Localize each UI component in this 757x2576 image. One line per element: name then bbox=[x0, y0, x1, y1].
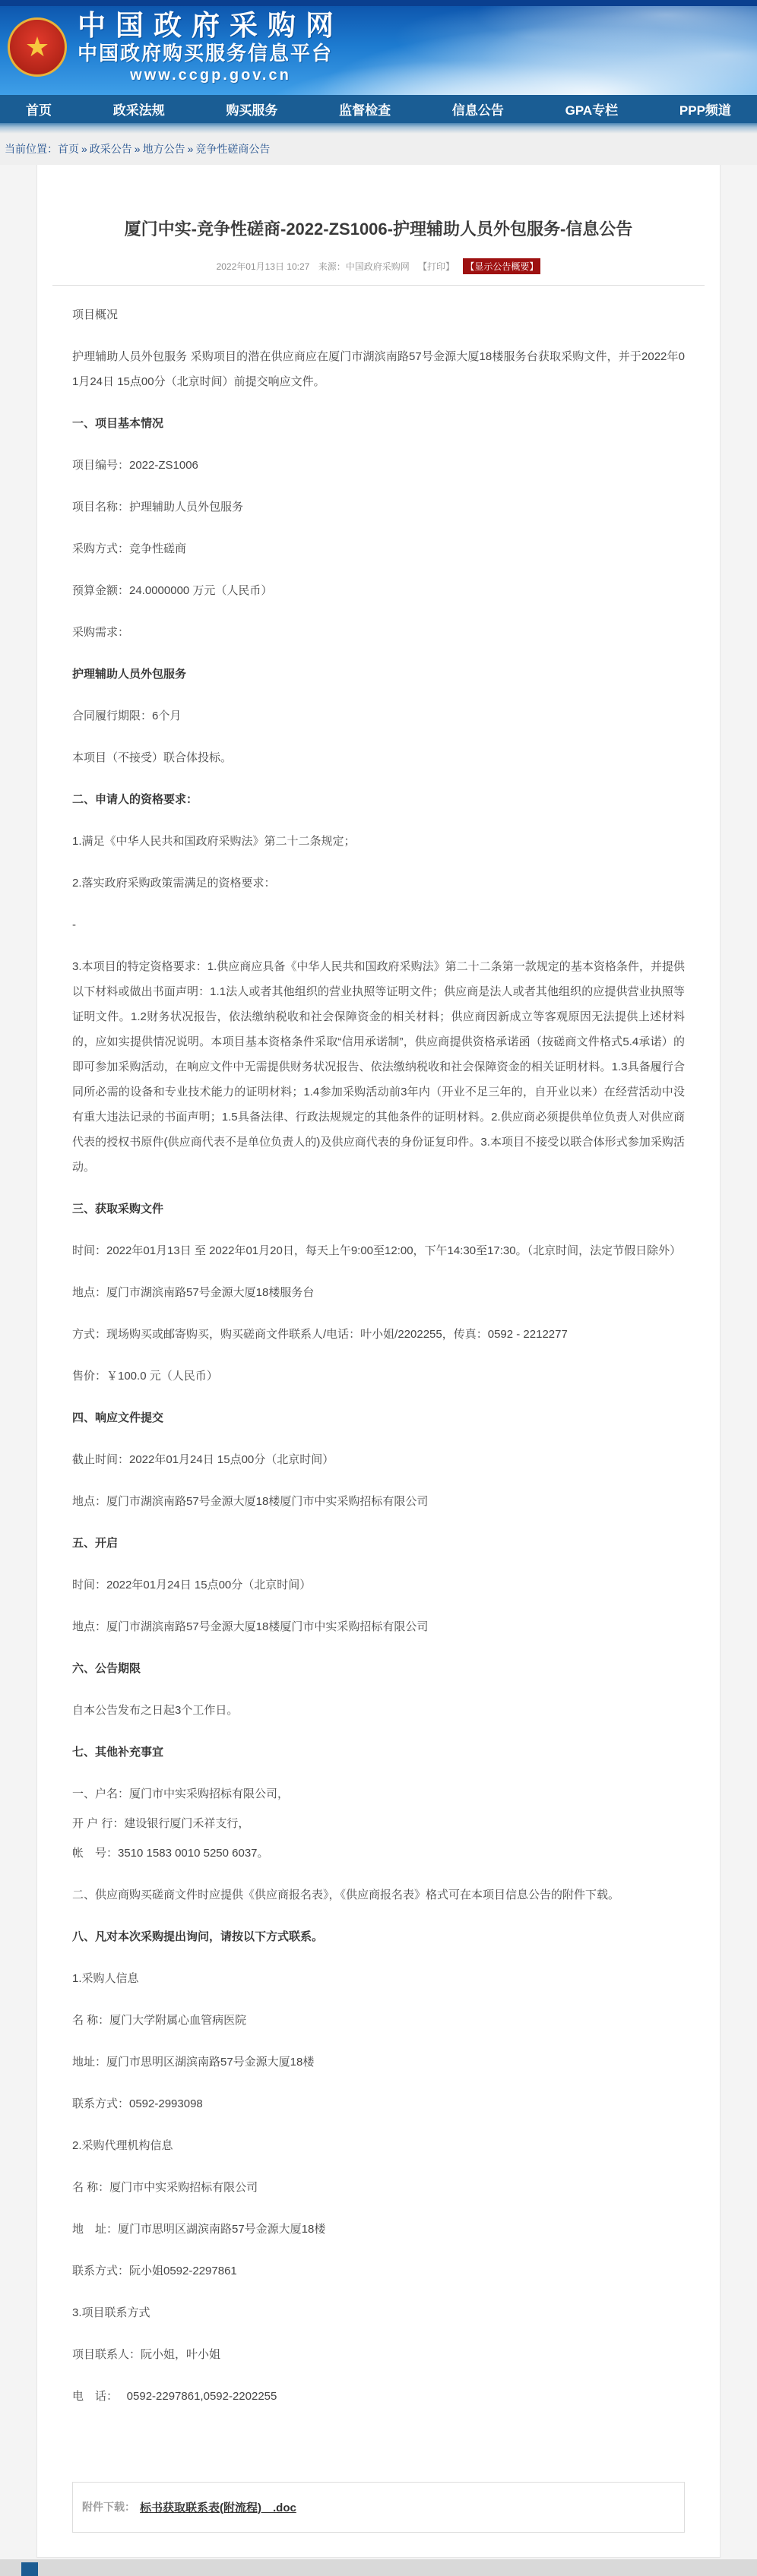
breadcrumb: 当前位置：首页»政采公告»地方公告»竞争性磋商公告 bbox=[0, 135, 757, 165]
paragraph: 护理辅助人员外包服务 采购项目的潜在供应商应在厦门市湖滨南路57号金源大厦18楼… bbox=[72, 344, 685, 394]
paragraph: 地 址：厦门市思明区湖滨南路57号金源大厦18楼 bbox=[72, 2217, 685, 2242]
paragraph: 预算金额：24.0000000 万元（人民币） bbox=[72, 578, 685, 603]
nav-link-首页[interactable]: 首页 bbox=[26, 103, 52, 118]
site-header: ★ 中国政府采购网 中国政府购买服务信息平台 www.ccgp.gov.cn 首… bbox=[0, 0, 757, 135]
section-heading: 八、凡对本次采购提出询问，请按以下方式联系。 bbox=[72, 1924, 685, 1949]
paragraph: 2.落实政府采购政策需满足的资格要求： bbox=[72, 871, 685, 896]
site-url: www.ccgp.gov.cn bbox=[78, 67, 344, 84]
paragraph: 电 话： 0592-2297861,0592-2202255 bbox=[72, 2384, 685, 2409]
paragraph: 帐 号：3510 1583 0010 5250 6037。 bbox=[72, 1841, 685, 1866]
section-heading: 七、其他补充事宜 bbox=[72, 1740, 685, 1765]
publish-datetime: 2022年01月13日 10:27 bbox=[217, 261, 310, 272]
paragraph: 联系方式：阮小姐0592-2297861 bbox=[72, 2258, 685, 2284]
section-heading: 五、开启 bbox=[72, 1531, 685, 1556]
paragraph: 二、供应商购买磋商文件时应提供《供应商报名表》，《供应商报名表》格式可在本项目信… bbox=[72, 1882, 685, 1908]
site-brand: ★ 中国政府采购网 中国政府购买服务信息平台 www.ccgp.gov.cn bbox=[0, 6, 757, 84]
paragraph: 本项目（不接受）联合体投标。 bbox=[72, 745, 685, 770]
paragraph: 名 称：厦门市中实采购招标有限公司 bbox=[72, 2175, 685, 2200]
paragraph: 时间：2022年01月13日 至 2022年01月20日，每天上午9:00至12… bbox=[72, 1238, 685, 1263]
nav-item: 信息公告 bbox=[452, 100, 504, 119]
page-title: 厦门中实-竞争性磋商-2022-ZS1006-护理辅助人员外包服务-信息公告 bbox=[37, 165, 720, 242]
nav-item: 首页 bbox=[26, 100, 52, 119]
attachment-link[interactable]: 标书获取联系表(附流程) .doc bbox=[140, 2499, 296, 2515]
section-heading: 二、申请人的资格要求： bbox=[72, 787, 685, 812]
paragraph: 一、户名：厦门市中实采购招标有限公司， bbox=[72, 1781, 685, 1806]
attachment-label: 附件下载： bbox=[82, 2499, 135, 2514]
breadcrumb-link[interactable]: 政采公告 bbox=[90, 143, 132, 155]
paragraph: 项目编号：2022-ZS1006 bbox=[72, 453, 685, 478]
paragraph: 截止时间：2022年01月24日 15点00分（北京时间） bbox=[72, 1447, 685, 1472]
brand-text: 中国政府采购网 中国政府购买服务信息平台 www.ccgp.gov.cn bbox=[78, 11, 344, 84]
breadcrumb-separator: » bbox=[135, 143, 141, 155]
paragraph: 时间：2022年01月24日 15点00分（北京时间） bbox=[72, 1572, 685, 1598]
paragraph: 开 户 行：建设银行厦门禾祥支行， bbox=[72, 1811, 685, 1836]
paragraph: 售价：￥100.0 元（人民币） bbox=[72, 1364, 685, 1389]
paragraph: 2.采购代理机构信息 bbox=[72, 2133, 685, 2158]
article-body: 项目概况护理辅助人员外包服务 采购项目的潜在供应商应在厦门市湖滨南路57号金源大… bbox=[37, 302, 720, 2409]
nav-link-监督检查[interactable]: 监督检查 bbox=[339, 103, 391, 118]
site-title: 中国政府采购网 bbox=[78, 11, 344, 42]
breadcrumb-link[interactable]: 首页 bbox=[58, 143, 79, 155]
nav-item: 购买服务 bbox=[226, 100, 277, 119]
attachment-box: 附件下载： 标书获取联系表(附流程) .doc bbox=[72, 2482, 685, 2533]
paragraph: 地址：厦门市思明区湖滨南路57号金源大厦18楼 bbox=[72, 2050, 685, 2075]
paragraph: 联系方式：0592-2993098 bbox=[72, 2091, 685, 2116]
announcement-content: 厦门中实-竞争性磋商-2022-ZS1006-护理辅助人员外包服务-信息公告 2… bbox=[36, 165, 721, 2558]
section-heading: 四、响应文件提交 bbox=[72, 1405, 685, 1430]
site-banner: ★ 中国政府采购网 中国政府购买服务信息平台 www.ccgp.gov.cn bbox=[0, 6, 757, 95]
breadcrumb-prefix: 当前位置： bbox=[5, 143, 58, 155]
paragraph: 采购需求： bbox=[72, 620, 685, 645]
section-heading: 护理辅助人员外包服务 bbox=[72, 662, 685, 687]
paragraph: 地点：厦门市湖滨南路57号金源大厦18楼厦门市中实采购招标有限公司 bbox=[72, 1614, 685, 1639]
paragraph: 地点：厦门市湖滨南路57号金源大厦18楼服务台 bbox=[72, 1280, 685, 1305]
print-button[interactable]: 【打印】 bbox=[418, 261, 455, 272]
nav-link-信息公告[interactable]: 信息公告 bbox=[452, 103, 504, 118]
header-topbar bbox=[0, 0, 757, 6]
footer-strip bbox=[0, 2559, 757, 2576]
nav-item: GPA专栏 bbox=[565, 100, 619, 119]
nav-link-PPP频道[interactable]: PPP频道 bbox=[679, 103, 731, 118]
main-nav: 首页政采法规购买服务监督检查信息公告GPA专栏PPP频道 bbox=[0, 95, 757, 123]
paragraph: 3.本项目的特定资格要求：1.供应商应具备《中华人民共和国政府采购法》第二十二条… bbox=[72, 954, 685, 1180]
paragraph: 采购方式：竞争性磋商 bbox=[72, 536, 685, 561]
paragraph: 名 称：厦门大学附属心血管病医院 bbox=[72, 2008, 685, 2033]
paragraph: 自本公告发布之日起3个工作日。 bbox=[72, 1698, 685, 1723]
footer-block bbox=[21, 2562, 38, 2576]
paragraph: 地点：厦门市湖滨南路57号金源大厦18楼厦门市中实采购招标有限公司 bbox=[72, 1489, 685, 1514]
paragraph: 3.项目联系方式 bbox=[72, 2300, 685, 2325]
paragraph: 合同履行期限：6个月 bbox=[72, 703, 685, 729]
breadcrumb-link[interactable]: 地方公告 bbox=[143, 143, 185, 155]
national-emblem-logo: ★ bbox=[8, 17, 67, 77]
section-heading: 六、公告期限 bbox=[72, 1656, 685, 1681]
nav-fade-strip bbox=[0, 123, 757, 135]
section-heading: 一、项目基本情况 bbox=[72, 411, 685, 436]
source-label: 来源：中国政府采购网 bbox=[318, 261, 410, 272]
nav-link-购买服务[interactable]: 购买服务 bbox=[226, 103, 277, 118]
site-subtitle: 中国政府购买服务信息平台 bbox=[78, 42, 344, 65]
paragraph: 项目联系人：阮小姐，叶小姐 bbox=[72, 2342, 685, 2367]
nav-item: 监督检查 bbox=[339, 100, 391, 119]
paragraph: 项目概况 bbox=[72, 302, 685, 327]
nav-item: 政采法规 bbox=[113, 100, 165, 119]
nav-link-政采法规[interactable]: 政采法规 bbox=[113, 103, 165, 118]
main-nav-list: 首页政采法规购买服务监督检查信息公告GPA专栏PPP频道 bbox=[0, 100, 757, 119]
paragraph: 1.采购人信息 bbox=[72, 1966, 685, 1991]
paragraph: 1.满足《中华人民共和国政府采购法》第二十二条规定； bbox=[72, 829, 685, 854]
paragraph: 方式：现场购买或邮寄购买，购买磋商文件联系人/电话：叶小姐/2202255，传真… bbox=[72, 1322, 685, 1347]
paragraph: 项目名称：护理辅助人员外包服务 bbox=[72, 495, 685, 520]
meta-divider bbox=[52, 285, 705, 286]
breadcrumb-separator: » bbox=[81, 143, 87, 155]
breadcrumb-separator: » bbox=[188, 143, 194, 155]
article-meta: 2022年01月13日 10:27 来源：中国政府采购网 【打印】 【显示公告概… bbox=[37, 258, 720, 274]
section-heading: 三、获取采购文件 bbox=[72, 1196, 685, 1222]
breadcrumb-link: 竞争性磋商公告 bbox=[195, 143, 270, 155]
nav-link-GPA专栏[interactable]: GPA专栏 bbox=[565, 103, 619, 118]
nav-item: PPP频道 bbox=[679, 100, 731, 119]
show-summary-button[interactable]: 【显示公告概要】 bbox=[463, 258, 540, 274]
paragraph: - bbox=[72, 912, 685, 937]
